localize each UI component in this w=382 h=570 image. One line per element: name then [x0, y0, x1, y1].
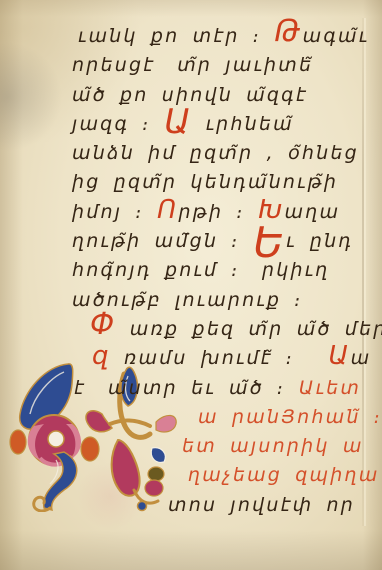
text-run: առք քեզ տ̃ր ա̃ծ մեր , [117, 318, 382, 340]
text-run: անձն իմ ըզտ̃ր , օ̃հնեց [72, 142, 359, 164]
rubric-text-run: ղաչեաց զպիղա [188, 464, 379, 486]
text-run: ից ըզտ̃ր կենդա̃նութ̃ի [72, 171, 338, 193]
text-run: տոս յովսէփ որ [168, 494, 355, 516]
text-line-14: ա րանՅոհան̃ ։ [72, 403, 374, 432]
text-run: ա̃ստր եւ ա̃ծ ։ [108, 377, 299, 399]
rubric-initial: Ա [329, 341, 351, 371]
text-line-6: ից ըզտ̃ր կենդա̃նութ̃ի [72, 168, 374, 197]
text-line-2: որեսցէտ̃ր յաւիտե̃ [72, 51, 374, 80]
text-run: ա [351, 347, 372, 369]
text-line-5: անձն իմ ըզտ̃ր , օ̃հնեց [72, 139, 374, 168]
text-line-13: էա̃ստր եւ ա̃ծ ։ Աւետ [72, 374, 374, 403]
text-run: է [74, 377, 86, 399]
text-run: յազգ ։ [72, 113, 164, 135]
rubric-initial: Փ [90, 307, 117, 342]
text-line-15: ետ այսորիկ ա [72, 432, 374, 461]
text-line-10: ածութ̃բ լուարուք ։ [72, 286, 374, 315]
rubric-text-run: Աւետ [299, 377, 361, 399]
text-line-17: տոս յովսէփ որ [72, 491, 374, 520]
manuscript-page: ւանկ քո տէր ։ Թագա̃ւ .որեսցէտ̃ր յաւիտե̃ա… [0, 0, 382, 570]
rubric-initial: զ [92, 341, 111, 371]
text-line-11: Փ առք քեզ տ̃ր ա̃ծ մեր , [72, 315, 374, 344]
text-run: ռամս խումէ̃ ։ [111, 347, 295, 369]
rubric-text-run: ա րանՅոհան̃ ։ [198, 406, 382, 428]
text-run: հոգ̃ոյդ քում ։ [72, 259, 240, 281]
text-line-16: ղաչեաց զպիղա [72, 461, 374, 490]
text-run: ւ ընդ [286, 230, 353, 252]
rubric-initial: Ա [164, 102, 192, 142]
text-line-1: ւանկ քո տէր ։ Թագա̃ւ . [72, 22, 374, 51]
text-line-4: յազգ ։ Ա ւրհնեա̃ [72, 110, 374, 139]
text-line-12: զ ռամս խումէ̃ ։Աա [72, 344, 374, 373]
text-line-7: իմոյ ։ Որթի ։ Խաղա [72, 198, 374, 227]
text-run: ղութ̃ի ամ̃ցն ։ [72, 230, 253, 252]
text-line-8: ղութ̃ի ամ̃ցն ։ Եւ ընդ [72, 227, 374, 256]
text-line-3: ա̃ծ քո սիովն ա̃զգէ [72, 81, 374, 110]
text-run: ագա̃ւ . [303, 25, 382, 47]
manuscript-text-block: ւանկ քո տէր ։ Թագա̃ւ .որեսցէտ̃ր յաւիտե̃ա… [72, 22, 374, 520]
text-run: իմոյ ։ [72, 201, 157, 223]
text-line-9: հոգ̃ոյդ քում ։րկիւղ [72, 256, 374, 285]
text-run: ւանկ քո տէր ։ [78, 25, 275, 47]
text-run: տ̃ր յաւիտե̃ [177, 54, 313, 76]
rubric-text-run: ետ այսորիկ ա [182, 435, 364, 457]
text-run: աղա [285, 201, 341, 223]
rubric-initial: Ե [253, 218, 286, 267]
rubric-initial: Թ [275, 14, 303, 49]
text-run: ւրհնեա̃ [192, 113, 293, 135]
text-run: րթի ։ [179, 201, 259, 223]
text-run: որեսցէ [72, 54, 155, 76]
rubric-initial: Ո [157, 195, 178, 225]
